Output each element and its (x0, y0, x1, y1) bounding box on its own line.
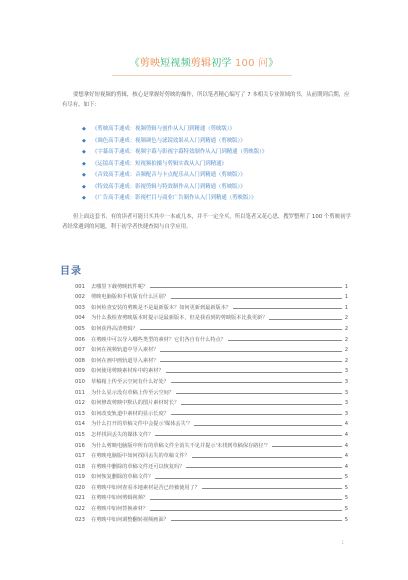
book-list: ◆《剪映高手速成：视频剪辑与创作从入门到精通（剪映版）》 ◆《调色高手速成：视频… (82, 124, 332, 205)
toc-entry-title[interactable]: 在剪映中如何剪辑视频？ (91, 494, 148, 501)
toc-entry[interactable]: 015怎样找回丢失的媒体文件？4 (75, 427, 348, 438)
toc-entry-title[interactable]: 如何获得高清剪辑？ (91, 325, 138, 332)
toc-leader-line (233, 308, 342, 309)
book-list-item: ◆《剪映高手速成：视频剪辑与创作从入门到精通（剪映版）》 (82, 124, 332, 136)
title-segment: 剪辑 (191, 58, 211, 69)
toc-leader-line (166, 372, 342, 373)
toc-entry-number: 003 (75, 305, 91, 311)
book-title: 《广告高手速成：影视栏目与商业广告制作从入门到精通（剪映版）》 (92, 193, 256, 205)
toc-leader-line (150, 287, 342, 288)
toc-entry-page: 4 (344, 464, 348, 470)
toc-entry[interactable]: 009如何使用剪映素材库中的素材？3 (75, 364, 348, 375)
toc-entry-number: 007 (75, 347, 91, 353)
intro-paragraph: 要想拿好短视频的剪辑，核心是掌握好剪映的操作，所以笔者精心编写了 7 本相关专业… (62, 90, 352, 110)
toc-entry-number: 008 (75, 358, 91, 364)
toc-entry-number: 013 (75, 411, 91, 417)
toc-entry-title[interactable]: 在剪映中可以导入哪些类型的素材？它们各自有什么特点？ (91, 336, 226, 343)
toc-entry-page: 4 (344, 421, 348, 427)
toc-entry-number: 010 (75, 379, 91, 385)
toc-entry-number: 011 (75, 390, 91, 396)
toc-entry-number: 015 (75, 432, 91, 438)
toc-entry[interactable]: 003如何检查安装的剪映是不是最新版本？如何更新到最新版本？1 (75, 300, 348, 311)
toc-entry-number: 001 (75, 284, 91, 290)
toc-entry-title[interactable]: 如何检查安装的剪映是不是最新版本？如何更新到最新版本？ (91, 304, 231, 311)
toc-entry-number: 002 (75, 294, 91, 300)
toc-entry-title[interactable]: 在剪映中如何替换素材？ (91, 505, 148, 512)
toc-entry-number: 009 (75, 368, 91, 374)
toc-entry-title[interactable]: 在剪映中删除的草稿文件还可以恢复吗？ (91, 463, 184, 470)
closing-paragraph: 但上面这套书，有的读者可能只买其中一本或几本，并不一定全买，所以笔者又花心思，搜… (62, 212, 352, 232)
toc-entry-number: 019 (75, 474, 91, 480)
book-list-item: ◆《调色高手速成：视频调色与滤镜效果从入门到精通（剪映版）》 (82, 136, 332, 148)
toc-entry-page: 1 (344, 284, 348, 290)
book-list-item: ◆《音效高手速成：音频配音与卡点配乐从入门到精通（剪映版）》 (82, 170, 332, 182)
toc-entry[interactable]: 018在剪映中删除的草稿文件还可以恢复吗？4 (75, 459, 348, 470)
toc-entry[interactable]: 014为什么打开的草稿文件中会提示'媒体丢失'？4 (75, 417, 348, 428)
toc-entry-number: 022 (75, 506, 91, 512)
toc-leader-line (171, 414, 342, 415)
toc-entry-page: 2 (344, 326, 348, 332)
toc-entry-page: 4 (344, 453, 348, 459)
toc-leader-line (202, 488, 342, 489)
title-segment: 短视频 (160, 58, 191, 69)
toc-entry-title[interactable]: 在剪映中如何调整翻转视频画面？ (91, 516, 169, 523)
diamond-bullet-icon: ◆ (82, 182, 92, 194)
toc-entry-title[interactable]: 如何使用剪映素材库中的素材？ (91, 367, 164, 374)
toc-entry[interactable]: 008如何在画中画轨道导入素材？2 (75, 353, 348, 364)
toc-entry-title[interactable]: 如何在画中画轨道导入素材？ (91, 357, 158, 364)
toc-entry-title[interactable]: 草稿箱上传至云空间有什么好处？ (91, 378, 169, 385)
toc-entry-page: 3 (344, 390, 348, 396)
diamond-bullet-icon: ◆ (82, 193, 92, 205)
toc-entry[interactable]: 022在剪映中如何替换素材？5 (75, 501, 348, 512)
toc-entry-page: 4 (344, 443, 348, 449)
toc-entry[interactable]: 021在剪映中如何剪辑视频？5 (75, 491, 348, 502)
toc-entry-page: 5 (344, 517, 348, 523)
book-title: 《字幕高手速成：视频字幕与影视字幕特效制作从入门到精通（剪映版）》 (92, 147, 267, 159)
toc-entry[interactable]: 023在剪映中如何调整翻转视频画面？5 (75, 512, 348, 523)
toc-entry-title[interactable]: 在剪映中如何查看本地素材是否已经被使用了？ (91, 484, 200, 491)
toc-entry[interactable]: 013如何改变轨道中素材的显示长度？3 (75, 406, 348, 417)
toc-leader-line (150, 499, 342, 500)
book-list-item: ◆《字幕高手速成：视频字幕与影视字幕特效制作从入门到精通（剪映版）》 (82, 147, 332, 159)
toc-leader-line (160, 361, 342, 362)
toc-entry-number: 012 (75, 400, 91, 406)
toc-entry-page: 3 (344, 379, 348, 385)
toc-entry[interactable]: 019如何恢复删除的草稿文件？5 (75, 470, 348, 481)
book-list-item: ◆《特效高手速成：影视剪辑与特效制作从入门到精通（剪映版）》 (82, 182, 332, 194)
diamond-bullet-icon: ◆ (82, 136, 92, 148)
document-title: 《剪映短视频剪辑初学 100 问》 (0, 54, 408, 69)
toc-entry-title[interactable]: 如何在视频轨道中导入素材？ (91, 346, 158, 353)
toc-entry[interactable]: 002剪映电脑版和手机版有什么区别？1 (75, 290, 348, 301)
page-number: 1 (341, 540, 344, 545)
toc-entry-title[interactable]: 为什么显示没有草稿上传至云空间？ (91, 389, 174, 396)
title-segment: 初学 (211, 58, 235, 69)
toc-entry[interactable]: 016为什么剪映电脑版中所有的草稿文件全消失不见并提示'未找到草稿保存路径'？4 (75, 438, 348, 449)
diamond-bullet-icon: ◆ (82, 170, 92, 182)
book-title: 《调色高手速成：视频调色与滤镜效果从入门到精通（剪映版）》 (92, 136, 246, 148)
toc-entry-page: 5 (344, 506, 348, 512)
toc-entry[interactable]: 006在剪映中可以导入哪些类型的素材？它们各自有什么特点？2 (75, 332, 348, 343)
toc-entry[interactable]: 007如何在视频轨道中导入素材？2 (75, 343, 348, 354)
toc-entry-page: 4 (344, 432, 348, 438)
toc-entry[interactable]: 011为什么显示没有草稿上传至云空间？3 (75, 385, 348, 396)
toc-entry[interactable]: 005如何获得高清剪辑？2 (75, 321, 348, 332)
toc-entry-number: 023 (75, 517, 91, 523)
toc-entry-number: 004 (75, 315, 91, 321)
toc-entry[interactable]: 017在剪映电脑版中如何找回丢失的草稿文件？4 (75, 449, 348, 460)
toc-entry-number: 016 (75, 443, 91, 449)
title-divider (112, 75, 292, 76)
title-segment: 剪映 (140, 58, 160, 69)
diamond-bullet-icon: ◆ (82, 124, 92, 136)
title-segment: 《 (130, 58, 140, 69)
toc-leader-line (155, 435, 342, 436)
toc-entry-page: 1 (344, 305, 348, 311)
title-segment: 》 (268, 58, 278, 69)
toc-entry-title[interactable]: 如何恢复删除的草稿文件？ (91, 473, 153, 480)
toc-entry[interactable]: 012如何修改剪映中默认的图片素材时长？3 (75, 396, 348, 407)
toc-entry-number: 005 (75, 326, 91, 332)
table-of-contents: 001去哪里下载剪映软件呢？1002剪映电脑版和手机版有什么区别？1003如何检… (75, 279, 348, 523)
toc-entry-page: 1 (344, 294, 348, 300)
toc-entry-page: 2 (344, 337, 348, 343)
toc-entry-page: 3 (344, 411, 348, 417)
toc-entry[interactable]: 004为什么我检查剪映版本时提示是最新版本，但是我看到的剪映版本比我更新？2 (75, 311, 348, 322)
toc-leader-line (160, 351, 342, 352)
toc-entry-number: 018 (75, 464, 91, 470)
toc-entry-page: 2 (344, 358, 348, 364)
toc-entry-title[interactable]: 为什么打开的草稿文件中会提示'媒体丢失'？ (91, 420, 192, 427)
book-list-item: ◆《运镜高手速成：短视频拍摄与剪辑实战从入门到精通》 (82, 159, 332, 171)
toc-entry-page: 3 (344, 400, 348, 406)
toc-entry-title[interactable]: 为什么我检查剪映版本时提示是最新版本，但是我看到的剪映版本比我更新？ (91, 314, 267, 321)
toc-entry-title[interactable]: 去哪里下载剪映软件呢？ (91, 283, 148, 290)
toc-entry-number: 006 (75, 337, 91, 343)
book-list-item: ◆《广告高手速成：影视栏目与商业广告制作从入门到精通（剪映版）》 (82, 193, 332, 205)
toc-leader-line (192, 457, 342, 458)
toc-leader-line (171, 382, 342, 383)
toc-leader-line (269, 319, 342, 320)
toc-entry-page: 2 (344, 315, 348, 321)
toc-entry-title[interactable]: 怎样找回丢失的媒体文件？ (91, 431, 153, 438)
toc-leader-line (171, 298, 342, 299)
diamond-bullet-icon: ◆ (82, 147, 92, 159)
toc-entry[interactable]: 010草稿箱上传至云空间有什么好处？3 (75, 374, 348, 385)
document-page: 《剪映短视频剪辑初学 100 问》 要想拿好短视频的剪辑，核心是掌握好剪映的操作… (0, 0, 408, 580)
toc-leader-line (176, 393, 342, 394)
toc-entry-title[interactable]: 为什么剪映电脑版中所有的草稿文件全消失不见并提示'未找到草稿保存路径'？ (91, 442, 270, 449)
toc-entry[interactable]: 001去哪里下载剪映软件呢？1 (75, 279, 348, 290)
toc-entry-number: 014 (75, 421, 91, 427)
book-title: 《剪映高手速成：视频剪辑与创作从入门到精通（剪映版）》 (92, 124, 235, 136)
toc-leader-line (272, 446, 342, 447)
book-title: 《音效高手速成：音频配音与卡点配乐从入门到精通（剪映版）》 (92, 170, 246, 182)
toc-entry-number: 021 (75, 495, 91, 501)
toc-leader-line (228, 340, 342, 341)
toc-entry-title[interactable]: 如何改变轨道中素材的显示长度？ (91, 410, 169, 417)
toc-leader-line (186, 467, 342, 468)
toc-leader-line (140, 329, 342, 330)
toc-heading: 目录 (60, 262, 82, 277)
toc-entry-title[interactable]: 如何修改剪映中默认的图片素材时长？ (91, 399, 179, 406)
toc-leader-line (171, 520, 342, 521)
book-title: 《特效高手速成：影视剪辑与特效制作从入门到精通（剪映版）》 (92, 182, 246, 194)
diamond-bullet-icon: ◆ (82, 159, 92, 171)
toc-entry-page: 5 (344, 495, 348, 501)
toc-entry-number: 020 (75, 485, 91, 491)
toc-leader-line (155, 478, 342, 479)
toc-entry-title[interactable]: 剪映电脑版和手机版有什么区别？ (91, 293, 169, 300)
toc-leader-line (181, 404, 342, 405)
toc-entry-title[interactable]: 在剪映电脑版中如何找回丢失的草稿文件？ (91, 452, 190, 459)
toc-leader-line (194, 425, 342, 426)
toc-entry-page: 5 (344, 485, 348, 491)
toc-entry-number: 017 (75, 453, 91, 459)
toc-entry-page: 2 (344, 347, 348, 353)
toc-entry-page: 3 (344, 368, 348, 374)
book-title: 《运镜高手速成：短视频拍摄与剪辑实战从入门到精通》 (92, 159, 227, 171)
toc-leader-line (150, 510, 342, 511)
toc-entry-page: 5 (344, 474, 348, 480)
title-segment: 100 问 (235, 58, 268, 69)
toc-entry[interactable]: 020在剪映中如何查看本地素材是否已经被使用了？5 (75, 480, 348, 491)
